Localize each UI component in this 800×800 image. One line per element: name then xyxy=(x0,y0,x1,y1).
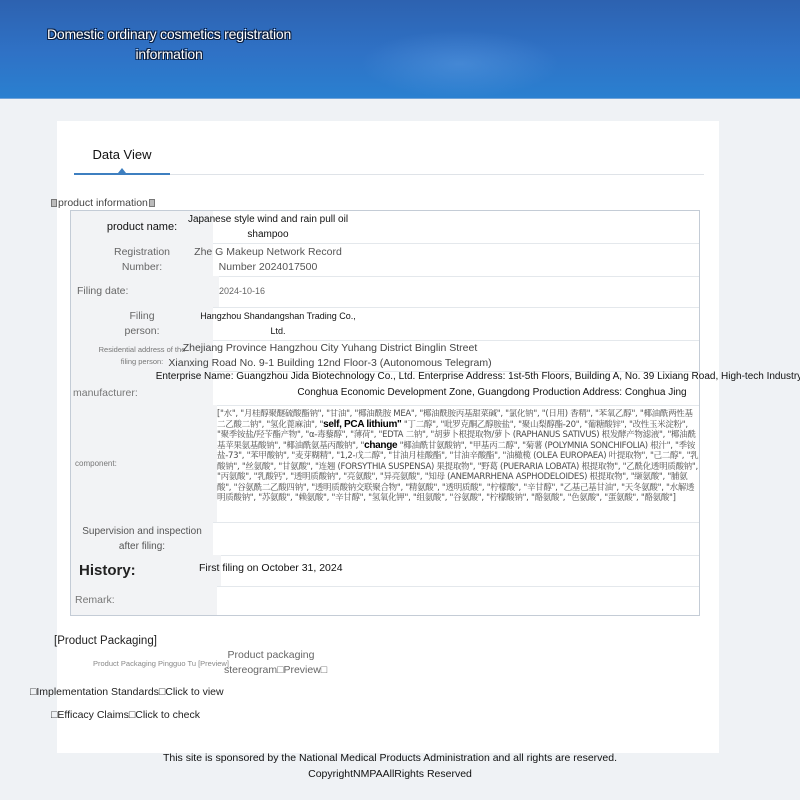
table-row-product-name: product name: Japanese style wind and ra… xyxy=(71,211,699,244)
component-highlight: change xyxy=(364,440,397,451)
page-title: Domestic ordinary cosmetics registration… xyxy=(38,24,300,64)
label-component: component: xyxy=(71,405,217,522)
value-component: ["水", "月桂醇聚醚硫酸酯钠", "甘油", "椰油酰胺 MEA", "椰油… xyxy=(217,409,699,509)
label-remark: Remark: xyxy=(71,586,217,615)
table-row-registration-number: Registration Number: Zhe G Makeup Networ… xyxy=(71,243,699,277)
table-row-remark: Remark: xyxy=(71,586,699,615)
efficacy-claims-link[interactable]: □Efficacy Claims□Click to check xyxy=(51,709,200,721)
table-row-component: component: ["水", "月桂醇聚醚硫酸酯钠", "甘油", "椰油酰… xyxy=(71,405,699,523)
packaging-heading: [Product Packaging] xyxy=(54,635,157,647)
label-filing-date: Filing date: xyxy=(71,276,219,307)
value-manufacturer: Enterprise Name: Guangzhou Jida Biotechn… xyxy=(213,371,699,405)
table-row-history: History: First filing on October 31, 202… xyxy=(71,555,699,587)
tab-active-indicator xyxy=(74,173,170,175)
manufacturer-text: Enterprise Name: Guangzhou Jida Biotechn… xyxy=(147,369,800,401)
footer-copyright: This site is sponsored by the National M… xyxy=(120,750,660,782)
packaging-plan-preview-link[interactable]: Product Packaging Pingguo Tu [Preview] xyxy=(93,659,229,668)
residential-address-text: Zhejiang Province Hangzhou City Yuhang D… xyxy=(165,341,495,371)
label-registration-number: Registration Number: xyxy=(71,243,213,276)
caret-up-icon xyxy=(118,168,126,173)
value-registration-number: Zhe G Makeup Network Record Number 20240… xyxy=(213,243,699,276)
tab-divider xyxy=(170,174,704,175)
history-text: First filing on October 31, 2024 xyxy=(199,561,343,576)
table-row-filing-date: Filing date: 2024-10-16 xyxy=(71,276,699,308)
product-name-text: Japanese style wind and rain pull oil sh… xyxy=(183,212,353,242)
value-residential-address: Zhejiang Province Hangzhou City Yuhang D… xyxy=(213,340,699,371)
banner-glow xyxy=(360,30,560,98)
value-filing-person: Hangzhou Shandangshan Trading Co., Ltd. xyxy=(213,307,699,340)
value-supervision xyxy=(213,522,699,555)
value-product-name: Japanese style wind and rain pull oil sh… xyxy=(213,211,699,243)
component-highlight: self, PCA lithium" xyxy=(323,419,401,430)
label-filing-person: Filing person: xyxy=(71,307,213,340)
table-row-residential-address: Residential address of the filing person… xyxy=(71,340,699,372)
table-row-supervision: Supervision and inspection after filing: xyxy=(71,522,699,556)
packaging-stereogram-preview-link[interactable]: Product packaging stereogram□Preview□ xyxy=(224,648,318,678)
section-product-information: product information xyxy=(50,197,156,209)
registration-details-table: product name: Japanese style wind and ra… xyxy=(70,210,700,616)
value-remark xyxy=(213,586,699,615)
table-row-filing-person: Filing person: Hangzhou Shandangshan Tra… xyxy=(71,307,699,341)
tab-bar: Data View xyxy=(74,140,704,176)
registration-number-text: Zhe G Makeup Network Record Number 20240… xyxy=(193,245,343,275)
section-label-text: product information xyxy=(58,197,148,209)
bracket-glyph-icon xyxy=(149,199,155,207)
table-row-manufacturer: manufacturer: Enterprise Name: Guangzhou… xyxy=(71,371,699,406)
value-filing-date: 2024-10-16 xyxy=(213,276,699,307)
implementation-standards-link[interactable]: □Implementation Standards□Click to view xyxy=(30,686,224,698)
header-banner: Domestic ordinary cosmetics registration… xyxy=(0,0,800,99)
bracket-glyph-icon xyxy=(51,199,57,207)
filing-person-text: Hangzhou Shandangshan Trading Co., Ltd. xyxy=(193,309,363,339)
label-supervision: Supervision and inspection after filing: xyxy=(71,522,213,555)
